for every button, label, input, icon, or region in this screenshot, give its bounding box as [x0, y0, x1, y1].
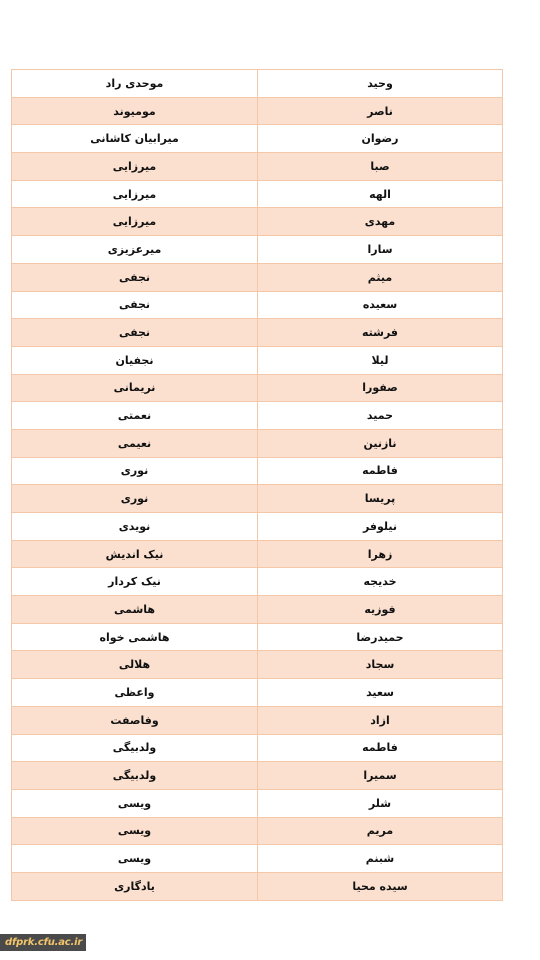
- first-name-cell: الهه: [258, 180, 503, 208]
- table-row: نیلوفرنویدی: [12, 513, 503, 541]
- first-name-cell: سعید: [258, 679, 503, 707]
- names-table: وحیدموحدی رادناصرمومیوندرضوانمیرابیان کا…: [11, 69, 503, 901]
- first-name-cell: شلر: [258, 789, 503, 817]
- first-name-cell: پریسا: [258, 485, 503, 513]
- last-name-cell: میرزایی: [12, 180, 258, 208]
- first-name-cell: سعیده: [258, 291, 503, 319]
- first-name-cell: وحید: [258, 70, 503, 98]
- table-row: وحیدموحدی راد: [12, 70, 503, 98]
- last-name-cell: نعیمی: [12, 429, 258, 457]
- table-row: فاطمهنوری: [12, 457, 503, 485]
- table-row: حمیدرضاهاشمی خواه: [12, 623, 503, 651]
- last-name-cell: نجفی: [12, 263, 258, 291]
- table-row: صبامیرزایی: [12, 153, 503, 181]
- last-name-cell: مومیوند: [12, 97, 258, 125]
- last-name-cell: نعمتی: [12, 402, 258, 430]
- first-name-cell: سارا: [258, 236, 503, 264]
- table-row: سعیدهنجفی: [12, 291, 503, 319]
- table-row: شلرویسی: [12, 789, 503, 817]
- first-name-cell: سیده محیا: [258, 872, 503, 900]
- last-name-cell: نوری: [12, 485, 258, 513]
- first-name-cell: مهدی: [258, 208, 503, 236]
- last-name-cell: یادگاری: [12, 872, 258, 900]
- last-name-cell: نیک اندیش: [12, 540, 258, 568]
- first-name-cell: فاطمه: [258, 734, 503, 762]
- first-name-cell: ناصر: [258, 97, 503, 125]
- last-name-cell: هاشمی: [12, 596, 258, 624]
- table-row: حمیدنعمتی: [12, 402, 503, 430]
- first-name-cell: فوزیه: [258, 596, 503, 624]
- table-row: نازنیننعیمی: [12, 429, 503, 457]
- last-name-cell: نیک کردار: [12, 568, 258, 596]
- first-name-cell: رضوان: [258, 125, 503, 153]
- last-name-cell: ویسی: [12, 845, 258, 873]
- first-name-cell: لیلا: [258, 346, 503, 374]
- table-row: فاطمهولدبیگی: [12, 734, 503, 762]
- first-name-cell: شبنم: [258, 845, 503, 873]
- last-name-cell: نجفیان: [12, 346, 258, 374]
- first-name-cell: خدیجه: [258, 568, 503, 596]
- last-name-cell: نجفی: [12, 291, 258, 319]
- first-name-cell: صفورا: [258, 374, 503, 402]
- table-body: وحیدموحدی رادناصرمومیوندرضوانمیرابیان کا…: [12, 70, 503, 901]
- table-row: سارامیرعزیزی: [12, 236, 503, 264]
- last-name-cell: ولدبیگی: [12, 734, 258, 762]
- first-name-cell: مریم: [258, 817, 503, 845]
- table-row: سعیدواعظی: [12, 679, 503, 707]
- last-name-cell: ولدبیگی: [12, 762, 258, 790]
- first-name-cell: صبا: [258, 153, 503, 181]
- last-name-cell: نویدی: [12, 513, 258, 541]
- last-name-cell: میرزایی: [12, 208, 258, 236]
- last-name-cell: هاشمی خواه: [12, 623, 258, 651]
- last-name-cell: نجفی: [12, 319, 258, 347]
- last-name-cell: نریمانی: [12, 374, 258, 402]
- first-name-cell: حمید: [258, 402, 503, 430]
- last-name-cell: واعظی: [12, 679, 258, 707]
- last-name-cell: نوری: [12, 457, 258, 485]
- table-row: ناصرمومیوند: [12, 97, 503, 125]
- table-row: خدیجهنیک کردار: [12, 568, 503, 596]
- table-row: فرشتهنجفی: [12, 319, 503, 347]
- table-row: میثمنجفی: [12, 263, 503, 291]
- first-name-cell: سجاد: [258, 651, 503, 679]
- first-name-cell: زهرا: [258, 540, 503, 568]
- table-row: سیده محیایادگاری: [12, 872, 503, 900]
- table-row: مریمویسی: [12, 817, 503, 845]
- table-row: مهدیمیرزایی: [12, 208, 503, 236]
- first-name-cell: فاطمه: [258, 457, 503, 485]
- table-row: صفورانریمانی: [12, 374, 503, 402]
- table-row: الههمیرزایی: [12, 180, 503, 208]
- first-name-cell: حمیدرضا: [258, 623, 503, 651]
- first-name-cell: فرشته: [258, 319, 503, 347]
- last-name-cell: وفاصفت: [12, 706, 258, 734]
- last-name-cell: میرزایی: [12, 153, 258, 181]
- table-row: زهرانیک اندیش: [12, 540, 503, 568]
- table-row: فوزیههاشمی: [12, 596, 503, 624]
- table-row: لیلانجفیان: [12, 346, 503, 374]
- last-name-cell: موحدی راد: [12, 70, 258, 98]
- first-name-cell: نازنین: [258, 429, 503, 457]
- last-name-cell: ویسی: [12, 789, 258, 817]
- last-name-cell: میرابیان کاشانی: [12, 125, 258, 153]
- table-row: شبنمویسی: [12, 845, 503, 873]
- first-name-cell: سمیرا: [258, 762, 503, 790]
- last-name-cell: هلالی: [12, 651, 258, 679]
- site-watermark: dfprk.cfu.ac.ir: [0, 934, 86, 951]
- table-row: سمیراولدبیگی: [12, 762, 503, 790]
- first-name-cell: نیلوفر: [258, 513, 503, 541]
- first-name-cell: میثم: [258, 263, 503, 291]
- table-row: پریسانوری: [12, 485, 503, 513]
- table-row: ازادوفاصفت: [12, 706, 503, 734]
- last-name-cell: ویسی: [12, 817, 258, 845]
- last-name-cell: میرعزیزی: [12, 236, 258, 264]
- table-row: سجادهلالی: [12, 651, 503, 679]
- first-name-cell: ازاد: [258, 706, 503, 734]
- table-row: رضوانمیرابیان کاشانی: [12, 125, 503, 153]
